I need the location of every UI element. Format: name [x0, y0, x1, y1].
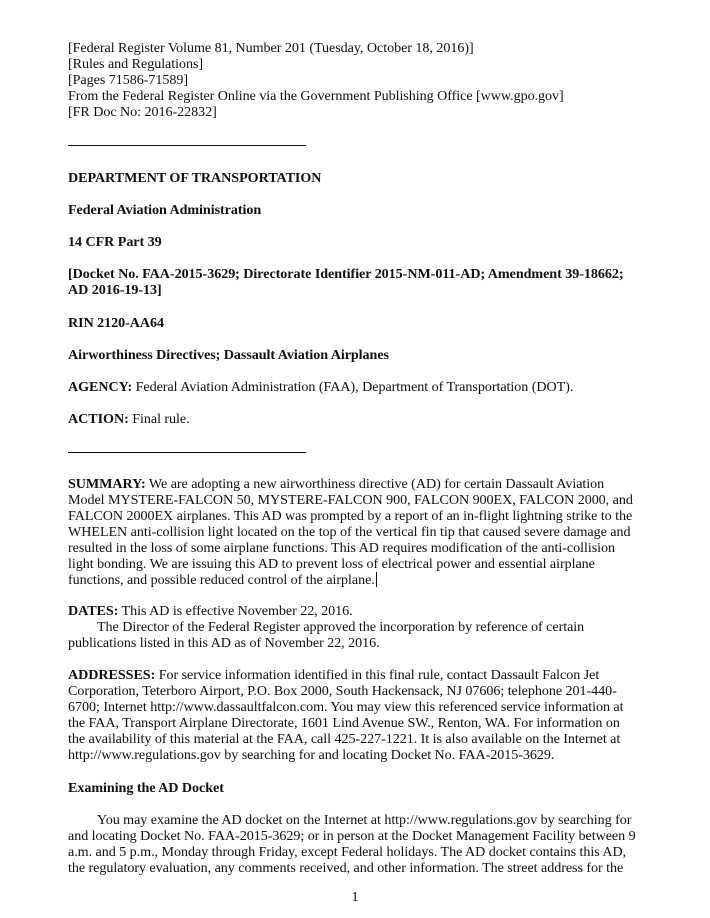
addresses-line: http://www.regulations.gov by searching …: [68, 747, 554, 763]
action-line: ACTION: Final rule.: [68, 411, 190, 427]
rin-heading: RIN 2120-AA64: [68, 315, 164, 331]
text-cursor: [376, 572, 377, 587]
examining-line: You may examine the AD docket on the Int…: [68, 812, 631, 828]
action-label: ACTION:: [68, 411, 129, 427]
document-page: [Federal Register Volume 81, Number 201 …: [0, 0, 710, 918]
examining-line: a.m. and 5 p.m., Monday through Friday, …: [68, 844, 626, 860]
header-line-source: From the Federal Register Online via the…: [68, 88, 564, 104]
department-heading: DEPARTMENT OF TRANSPORTATION: [68, 170, 321, 186]
addresses-label: ADDRESSES:: [68, 667, 155, 683]
summary-label: SUMMARY:: [68, 476, 146, 492]
summary-line: resulted in the loss of some airplane fu…: [68, 540, 615, 556]
page-number: 1: [0, 889, 710, 905]
action-text: Final rule.: [129, 411, 190, 427]
agency-line: AGENCY: Federal Aviation Administration …: [68, 379, 573, 395]
header-line-volume: [Federal Register Volume 81, Number 201 …: [68, 40, 474, 56]
header-line-doc-number: [FR Doc No: 2016-22832]: [68, 104, 217, 120]
addresses-line: the availability of this material at the…: [68, 731, 620, 747]
examining-heading: Examining the AD Docket: [68, 780, 224, 796]
summary-text: We are adopting a new airworthiness dire…: [146, 476, 604, 492]
header-line-section: [Rules and Regulations]: [68, 56, 203, 72]
divider-rule: [68, 452, 306, 453]
divider-rule: [68, 145, 306, 146]
dates-line: The Director of the Federal Register app…: [68, 619, 584, 635]
agency-label: AGENCY:: [68, 379, 132, 395]
header-line-pages: [Pages 71586-71589]: [68, 72, 188, 88]
summary-line: SUMMARY: We are adopting a new airworthi…: [68, 476, 604, 492]
summary-line: Model MYSTERE-FALCON 50, MYSTERE-FALCON …: [68, 492, 633, 508]
dates-line: publications listed in this AD as of Nov…: [68, 635, 380, 651]
addresses-line: Corporation, Teterboro Airport, P.O. Box…: [68, 683, 617, 699]
docket-line-1: [Docket No. FAA-2015-3629; Directorate I…: [68, 266, 623, 282]
summary-line: FALCON 2000EX airplanes. This AD was pro…: [68, 508, 632, 524]
summary-line: light bonding. We are issuing this AD to…: [68, 556, 595, 572]
agency-name-heading: Federal Aviation Administration: [68, 202, 261, 218]
cfr-part-heading: 14 CFR Part 39: [68, 234, 162, 250]
addresses-line: the FAA, Transport Airplane Directorate,…: [68, 715, 620, 731]
agency-text: Federal Aviation Administration (FAA), D…: [132, 379, 573, 395]
examining-line: and locating Docket No. FAA-2015-3629; o…: [68, 828, 636, 844]
summary-line: WHELEN anti-collision light located on t…: [68, 524, 630, 540]
dates-text: This AD is effective November 22, 2016.: [118, 603, 352, 619]
addresses-text: For service information identified in th…: [155, 667, 599, 683]
summary-text: functions, and possible reduced control …: [68, 572, 375, 588]
dates-label: DATES:: [68, 603, 118, 619]
addresses-line: 6700; Internet http://www.dassaultfalcon…: [68, 699, 624, 715]
summary-line-last[interactable]: functions, and possible reduced control …: [68, 572, 377, 588]
document-title: Airworthiness Directives; Dassault Aviat…: [68, 347, 389, 363]
dates-line: DATES: This AD is effective November 22,…: [68, 603, 353, 619]
docket-line-2: AD 2016-19-13]: [68, 282, 162, 298]
examining-line: the regulatory evaluation, any comments …: [68, 860, 623, 876]
addresses-line: ADDRESSES: For service information ident…: [68, 667, 599, 683]
